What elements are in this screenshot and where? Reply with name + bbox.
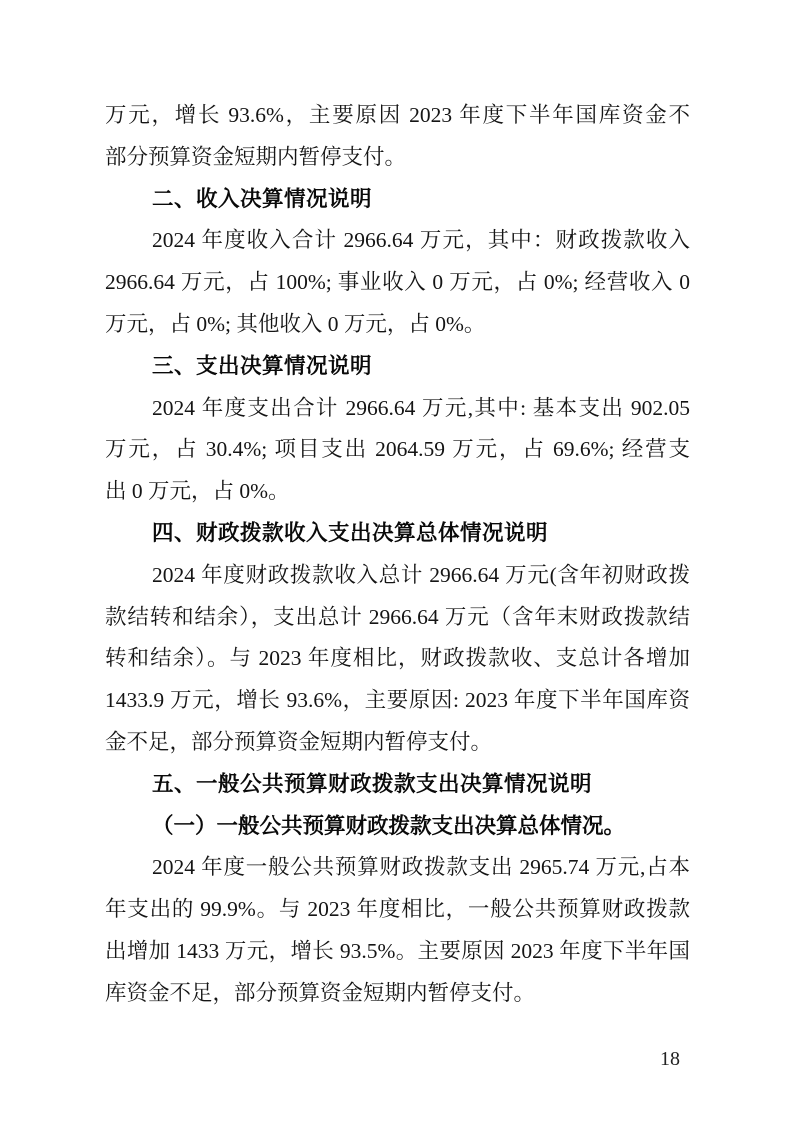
- paragraph-line: 款结转和结余），支出总计 2966.64 万元（含年末财政拨款结: [105, 597, 690, 639]
- paragraph-line: 出增加 1433 万元，增长 93.5%。主要原因 2023 年度下半年国: [105, 931, 690, 973]
- paragraph-line: 1433.9 万元，增长 93.6%，主要原因: 2023 年度下半年国库资: [105, 680, 690, 722]
- paragraph-line: 万元，占 30.4%; 项目支出 2064.59 万元，占 69.6%; 经营支: [105, 429, 690, 471]
- section-heading-2: 二、收入决算情况说明: [105, 179, 690, 221]
- section-heading-3: 三、支出决算情况说明: [105, 346, 690, 388]
- text-block: 万元，增长 93.6%，主要原因 2023 年度下半年国库资金不足， 部分预算资…: [105, 95, 690, 1015]
- paragraph-line: 出 0 万元，占 0%。: [105, 471, 690, 513]
- section-heading-4: 四、财政拨款收入支出决算总体情况说明: [105, 513, 690, 555]
- document-page: 万元，增长 93.6%，主要原因 2023 年度下半年国库资金不足， 部分预算资…: [0, 0, 793, 1122]
- paragraph-line: 部分预算资金短期内暂停支付。: [105, 137, 690, 179]
- paragraph-line: 2966.64 万元，占 100%; 事业收入 0 万元，占 0%; 经营收入 …: [105, 262, 690, 304]
- subsection-heading: （一）一般公共预算财政拨款支出决算总体情况。: [105, 806, 690, 848]
- paragraph-line: 年支出的 99.9%。与 2023 年度相比，一般公共预算财政拨款支: [105, 889, 690, 931]
- page-number: 18: [660, 1046, 680, 1072]
- paragraph-line: 2024 年度一般公共预算财政拨款支出 2965.74 万元,占本: [105, 847, 690, 889]
- paragraph-line: 万元，增长 93.6%，主要原因 2023 年度下半年国库资金不足，: [105, 95, 690, 137]
- paragraph-line: 金不足，部分预算资金短期内暂停支付。: [105, 722, 690, 764]
- paragraph-line: 2024 年度支出合计 2966.64 万元,其中: 基本支出 902.05: [105, 388, 690, 430]
- paragraph-line: 库资金不足，部分预算资金短期内暂停支付。: [105, 973, 690, 1015]
- section-heading-5: 五、一般公共预算财政拨款支出决算情况说明: [105, 764, 690, 806]
- paragraph-line: 转和结余）。与 2023 年度相比，财政拨款收、支总计各增加: [105, 638, 690, 680]
- paragraph-line: 2024 年度财政拨款收入总计 2966.64 万元(含年初财政拨: [105, 555, 690, 597]
- paragraph-line: 2024 年度收入合计 2966.64 万元，其中：财政拨款收入: [105, 220, 690, 262]
- paragraph-line: 万元，占 0%; 其他收入 0 万元，占 0%。: [105, 304, 690, 346]
